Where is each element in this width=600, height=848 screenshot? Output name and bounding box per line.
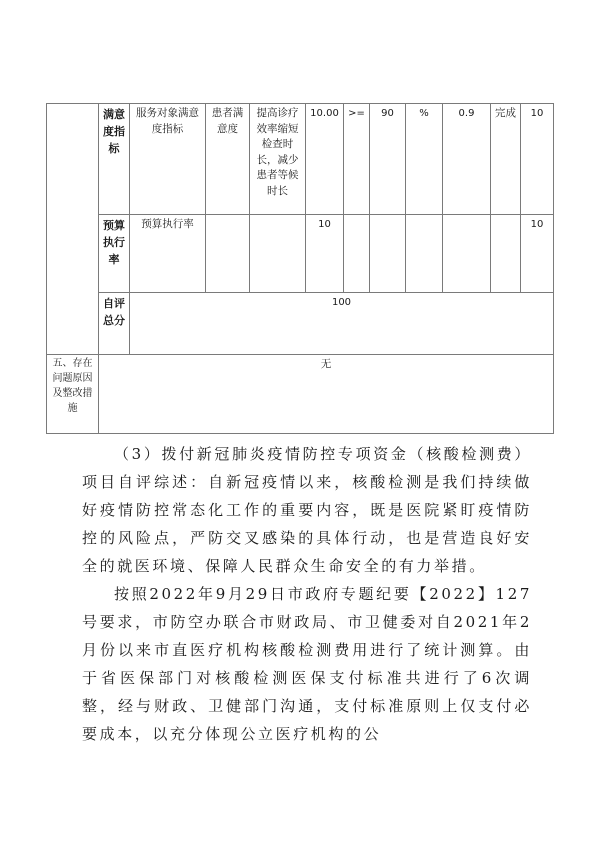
table-row-issues: 五、存在问题原因及整改措施 无 xyxy=(47,355,554,434)
performance-evaluation-table: 满意度指标 服务对象满意度指标 患者满意度 提高诊疗效率缩短检查时长，减少患者等… xyxy=(46,103,554,434)
table-row-satisfaction: 满意度指标 服务对象满意度指标 患者满意度 提高诊疗效率缩短检查时长，减少患者等… xyxy=(47,104,554,215)
operator-cell: >= xyxy=(344,104,370,215)
body-text: （3）拨付新冠肺炎疫情防控专项资金（核酸检测费）项目自评综述：自新冠疫情以来，核… xyxy=(82,440,532,748)
description-cell xyxy=(250,215,306,293)
target-cell xyxy=(370,215,406,293)
row-label-cell xyxy=(47,104,99,355)
table-row-total-score: 自评总分 100 xyxy=(47,293,554,355)
actual-cell: 0.9 xyxy=(443,104,491,215)
status-cell xyxy=(491,215,521,293)
indicator-cell xyxy=(206,215,250,293)
weight-cell: 10 xyxy=(306,215,344,293)
unit-cell: % xyxy=(406,104,443,215)
paragraph-project-summary: （3）拨付新冠肺炎疫情防控专项资金（核酸检测费）项目自评综述：自新冠疫情以来，核… xyxy=(82,440,532,580)
status-cell: 完成 xyxy=(491,104,521,215)
category-cell: 满意度指标 xyxy=(99,104,130,215)
issues-content-cell: 无 xyxy=(99,355,554,434)
sub-indicator-cell: 预算执行率 xyxy=(130,215,206,293)
document-page: 满意度指标 服务对象满意度指标 患者满意度 提高诊疗效率缩短检查时长，减少患者等… xyxy=(0,0,600,848)
unit-cell xyxy=(406,215,443,293)
weight-cell: 10.00 xyxy=(306,104,344,215)
category-cell: 自评总分 xyxy=(99,293,130,355)
score-cell: 10 xyxy=(521,104,554,215)
paragraph-policy-basis: 按照2022年9月29日市政府专题纪要【2022】127号要求，市防空办联合市财… xyxy=(82,580,532,748)
indicator-cell: 患者满意度 xyxy=(206,104,250,215)
target-cell: 90 xyxy=(370,104,406,215)
operator-cell xyxy=(344,215,370,293)
issues-label-cell: 五、存在问题原因及整改措施 xyxy=(47,355,99,434)
table-row-budget-execution: 预算执行率 预算执行率 10 10 xyxy=(47,215,554,293)
actual-cell xyxy=(443,215,491,293)
category-cell: 预算执行率 xyxy=(99,215,130,293)
score-cell: 10 xyxy=(521,215,554,293)
sub-indicator-cell: 服务对象满意度指标 xyxy=(130,104,206,215)
description-cell: 提高诊疗效率缩短检查时长，减少患者等候时长 xyxy=(250,104,306,215)
total-score-cell: 100 xyxy=(130,293,554,355)
